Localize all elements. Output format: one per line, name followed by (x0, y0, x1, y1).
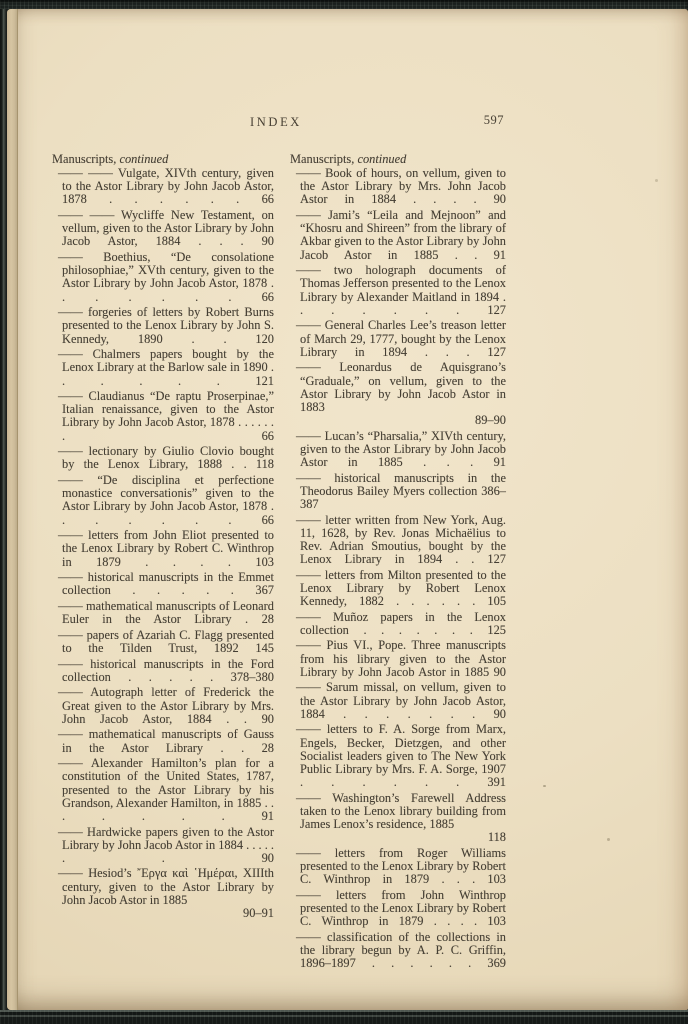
leader-dots: . . . (403, 455, 473, 469)
index-column-left: Manuscripts, continued —— —— Vulgate, XI… (52, 153, 274, 973)
entry-page-number: 103 (477, 914, 506, 928)
entry-page-number: 66 (239, 192, 274, 206)
index-entry: —— classification of the collections in … (290, 931, 506, 970)
page-speck (607, 838, 610, 841)
entry-page-number: 91 (225, 809, 274, 823)
book-cover-bottom-edge (0, 1010, 688, 1024)
leader-dots: . . . . (121, 555, 231, 569)
index-entry: —— Hardwicke papers given to the Astor L… (52, 826, 274, 865)
index-entry: —— two holograph documents of Thomas Jef… (290, 264, 506, 317)
entry-page-number: 91 (477, 248, 506, 262)
column-heading-continued: continued (119, 152, 168, 166)
index-entry: —— Leonardus de Aquisgrano’s “Graduale,”… (290, 361, 506, 427)
entry-page-number: 127 (459, 303, 506, 317)
index-entry: —— historical manuscripts in the Emmet c… (52, 571, 274, 597)
leader-dots: . . . . (396, 192, 477, 206)
index-entry: —— Pius VI., Pope. Three manuscripts fro… (290, 639, 506, 678)
column-heading-continued: continued (357, 152, 406, 166)
book-cover-top-edge (0, 0, 688, 9)
entry-page-number: 121 (220, 374, 274, 388)
index-entries-left: —— —— Vulgate, XIVth century, given to t… (52, 167, 274, 920)
entry-page-number: 66 (231, 513, 274, 527)
running-head-title: INDEX (250, 115, 302, 130)
index-columns: Manuscripts, continued —— —— Vulgate, XI… (52, 153, 506, 973)
index-entry: —— Hesiod’s ῎Εργα καὶ ῾Ημέραι, XIIIth ce… (52, 867, 274, 920)
leader-dots: . . . . (423, 914, 477, 928)
index-entry: —— Muñoz papers in the Lenox collection … (290, 611, 506, 637)
book-scan: INDEX 597 Manuscripts, continued —— —— V… (0, 0, 688, 1024)
entry-page-number: 90 (477, 192, 506, 206)
entry-page-number: 90 (489, 665, 506, 679)
index-entry: —— letters from John Eliot presented to … (52, 529, 274, 568)
entry-text: —— Chalmers papers bought by the Lenox L… (58, 347, 274, 374)
index-entry: —— letters to F. A. Sorge from Marx, Eng… (290, 723, 506, 789)
entry-page-number: 118 (247, 457, 274, 471)
entry-page-number: 127 (470, 345, 506, 359)
entry-page-number: 90 (165, 851, 274, 865)
entry-page-number: 90 (247, 712, 274, 726)
column-heading-main: Manuscripts, (290, 152, 357, 166)
printed-content: INDEX 597 Manuscripts, continued —— —— V… (52, 113, 506, 973)
entry-page-number: 127 (474, 552, 506, 566)
entry-page-number: 90–91 (62, 907, 274, 920)
index-entry: —— historical manuscripts in the Theodor… (290, 472, 506, 511)
entry-text: —— “De disciplina et perfectione monasti… (58, 473, 274, 513)
index-entry: —— “De disciplina et perfectione monasti… (52, 474, 274, 527)
page-folio-number: 597 (484, 113, 504, 128)
index-entry: —— Sarum missal, on vellum, given to the… (290, 681, 506, 720)
entry-page-number: 145 (239, 641, 274, 655)
index-entry: —— letters from John Winthrop presented … (290, 889, 506, 928)
index-entry: —— forgeries of letters by Robert Burns … (52, 306, 274, 345)
entry-page-number: 28 (244, 741, 274, 755)
index-entry: —— mathematical manuscripts of Leonard E… (52, 600, 274, 626)
entry-text: —— Washington’s Farewell Address taken t… (296, 791, 506, 831)
index-entry: —— Book of hours, on vellum, given to th… (290, 167, 506, 206)
entry-page-number: 103 (475, 872, 506, 886)
entry-text: —— Pius VI., Pope. Three manuscripts fro… (296, 638, 506, 678)
index-entry: —— Alexander Hamilton’s plan for a const… (52, 757, 274, 823)
entry-page-number: 28 (248, 612, 274, 626)
leader-dots: . . . . . . (87, 192, 240, 206)
entry-page-number: 90 (475, 707, 506, 721)
leader-dots: . (232, 612, 249, 626)
leader-dots: . . . (407, 345, 470, 359)
leader-dots: . . . . . (111, 583, 234, 597)
index-entry: —— letters from Milton presented to the … (290, 569, 506, 608)
index-entry: —— Chalmers papers bought by the Lenox L… (52, 348, 274, 387)
entry-text: —— Leonardus de Aquisgrano’s “Graduale,”… (296, 360, 506, 413)
index-entries-right: —— Book of hours, on vellum, given to th… (290, 167, 506, 970)
index-entry: —— —— Wycliffe New Testament, on vellum,… (52, 209, 274, 248)
entry-page-number: 391 (459, 775, 506, 789)
leader-dots: . . (212, 712, 247, 726)
entry-text: —— Hardwicke papers given to the Astor L… (58, 825, 274, 852)
index-entry: —— Claudianus “De raptu Proserpinae,” It… (52, 390, 274, 443)
index-entry: —— lectionary by Giulio Clovio bought by… (52, 445, 274, 471)
entry-page-number: 89–90 (300, 414, 506, 427)
entry-text: —— historical manuscripts in the Theodor… (296, 471, 506, 498)
entry-page-number: 103 (231, 555, 274, 569)
leader-dots: . . . . . . . (325, 707, 475, 721)
entry-page-number: 66 (231, 290, 274, 304)
index-column-right: Manuscripts, continued —— Book of hours,… (290, 153, 506, 973)
leader-dots: . . . . . . (300, 775, 459, 789)
leader-dots: . . (442, 552, 474, 566)
column-heading: Manuscripts, continued (52, 153, 274, 166)
index-entry: —— historical manuscripts in the Ford co… (52, 658, 274, 684)
leader-dots: . . . (180, 234, 243, 248)
entry-page-number: 91 (473, 455, 506, 469)
entry-page-number: 90 (244, 234, 274, 248)
index-entry: —— letters from Roger Williams presented… (290, 847, 506, 886)
entry-text: —— two holograph documents of Thomas Jef… (296, 263, 506, 303)
index-entry: —— papers of Azariah C. Flagg presented … (52, 629, 274, 655)
index-entry: —— Washington’s Farewell Address taken t… (290, 792, 506, 845)
entry-page-number: 378–380 (213, 670, 274, 684)
entry-page-number: 66 (65, 429, 274, 443)
entry-text: —— Alexander Hamilton’s plan for a const… (58, 756, 274, 809)
leader-dots: . . . . . (111, 670, 213, 684)
book-page: INDEX 597 Manuscripts, continued —— —— V… (7, 9, 688, 1010)
leader-dots: . . (438, 248, 477, 262)
entry-page-number: 105 (475, 594, 506, 608)
page-speck (543, 785, 546, 787)
index-entry: —— Boethius, “De consolatione philosophi… (52, 251, 274, 304)
index-entry: —— General Charles Lee’s treason letter … (290, 319, 506, 358)
running-head: INDEX 597 (52, 113, 506, 131)
index-entry: —— letter written from New York, Aug. 11… (290, 514, 506, 567)
leader-dots: . . . . . . (356, 956, 472, 970)
entry-page-number: 120 (227, 332, 274, 346)
leader-dots: . . (222, 457, 247, 471)
leader-dots: . . . . . . . (349, 623, 473, 637)
leader-dots: . . . (429, 872, 475, 886)
entry-text: —— letters to F. A. Sorge from Marx, Eng… (296, 722, 506, 775)
index-entry: —— Lucan’s “Pharsalia,” XIVth century, g… (290, 430, 506, 469)
book-spine (0, 0, 7, 1024)
entry-page-number: 369 (471, 956, 506, 970)
column-heading-main: Manuscripts, (52, 152, 119, 166)
page-speck (655, 179, 658, 182)
column-heading: Manuscripts, continued (290, 153, 506, 166)
index-entry: —— mathematical manuscripts of Gauss in … (52, 728, 274, 754)
entry-page-number: 118 (300, 831, 506, 844)
entry-text: —— Boethius, “De consolatione philosophi… (58, 250, 274, 290)
entry-page-number: 125 (473, 623, 506, 637)
leader-dots: . . (163, 332, 227, 346)
index-entry: —— —— Vulgate, XIVth century, given to t… (52, 167, 274, 206)
index-entry: —— Jami’s “Leila and Mejnoon” and “Khosr… (290, 209, 506, 262)
entry-text: —— Hesiod’s ῎Εργα καὶ ῾Ημέραι, XIIIth ce… (58, 866, 274, 906)
entry-page-number: 367 (234, 583, 274, 597)
leader-dots: . . (203, 741, 244, 755)
leader-dots: . . . . . . (384, 594, 475, 608)
index-entry: —— Autograph letter of Frederick the Gre… (52, 686, 274, 725)
